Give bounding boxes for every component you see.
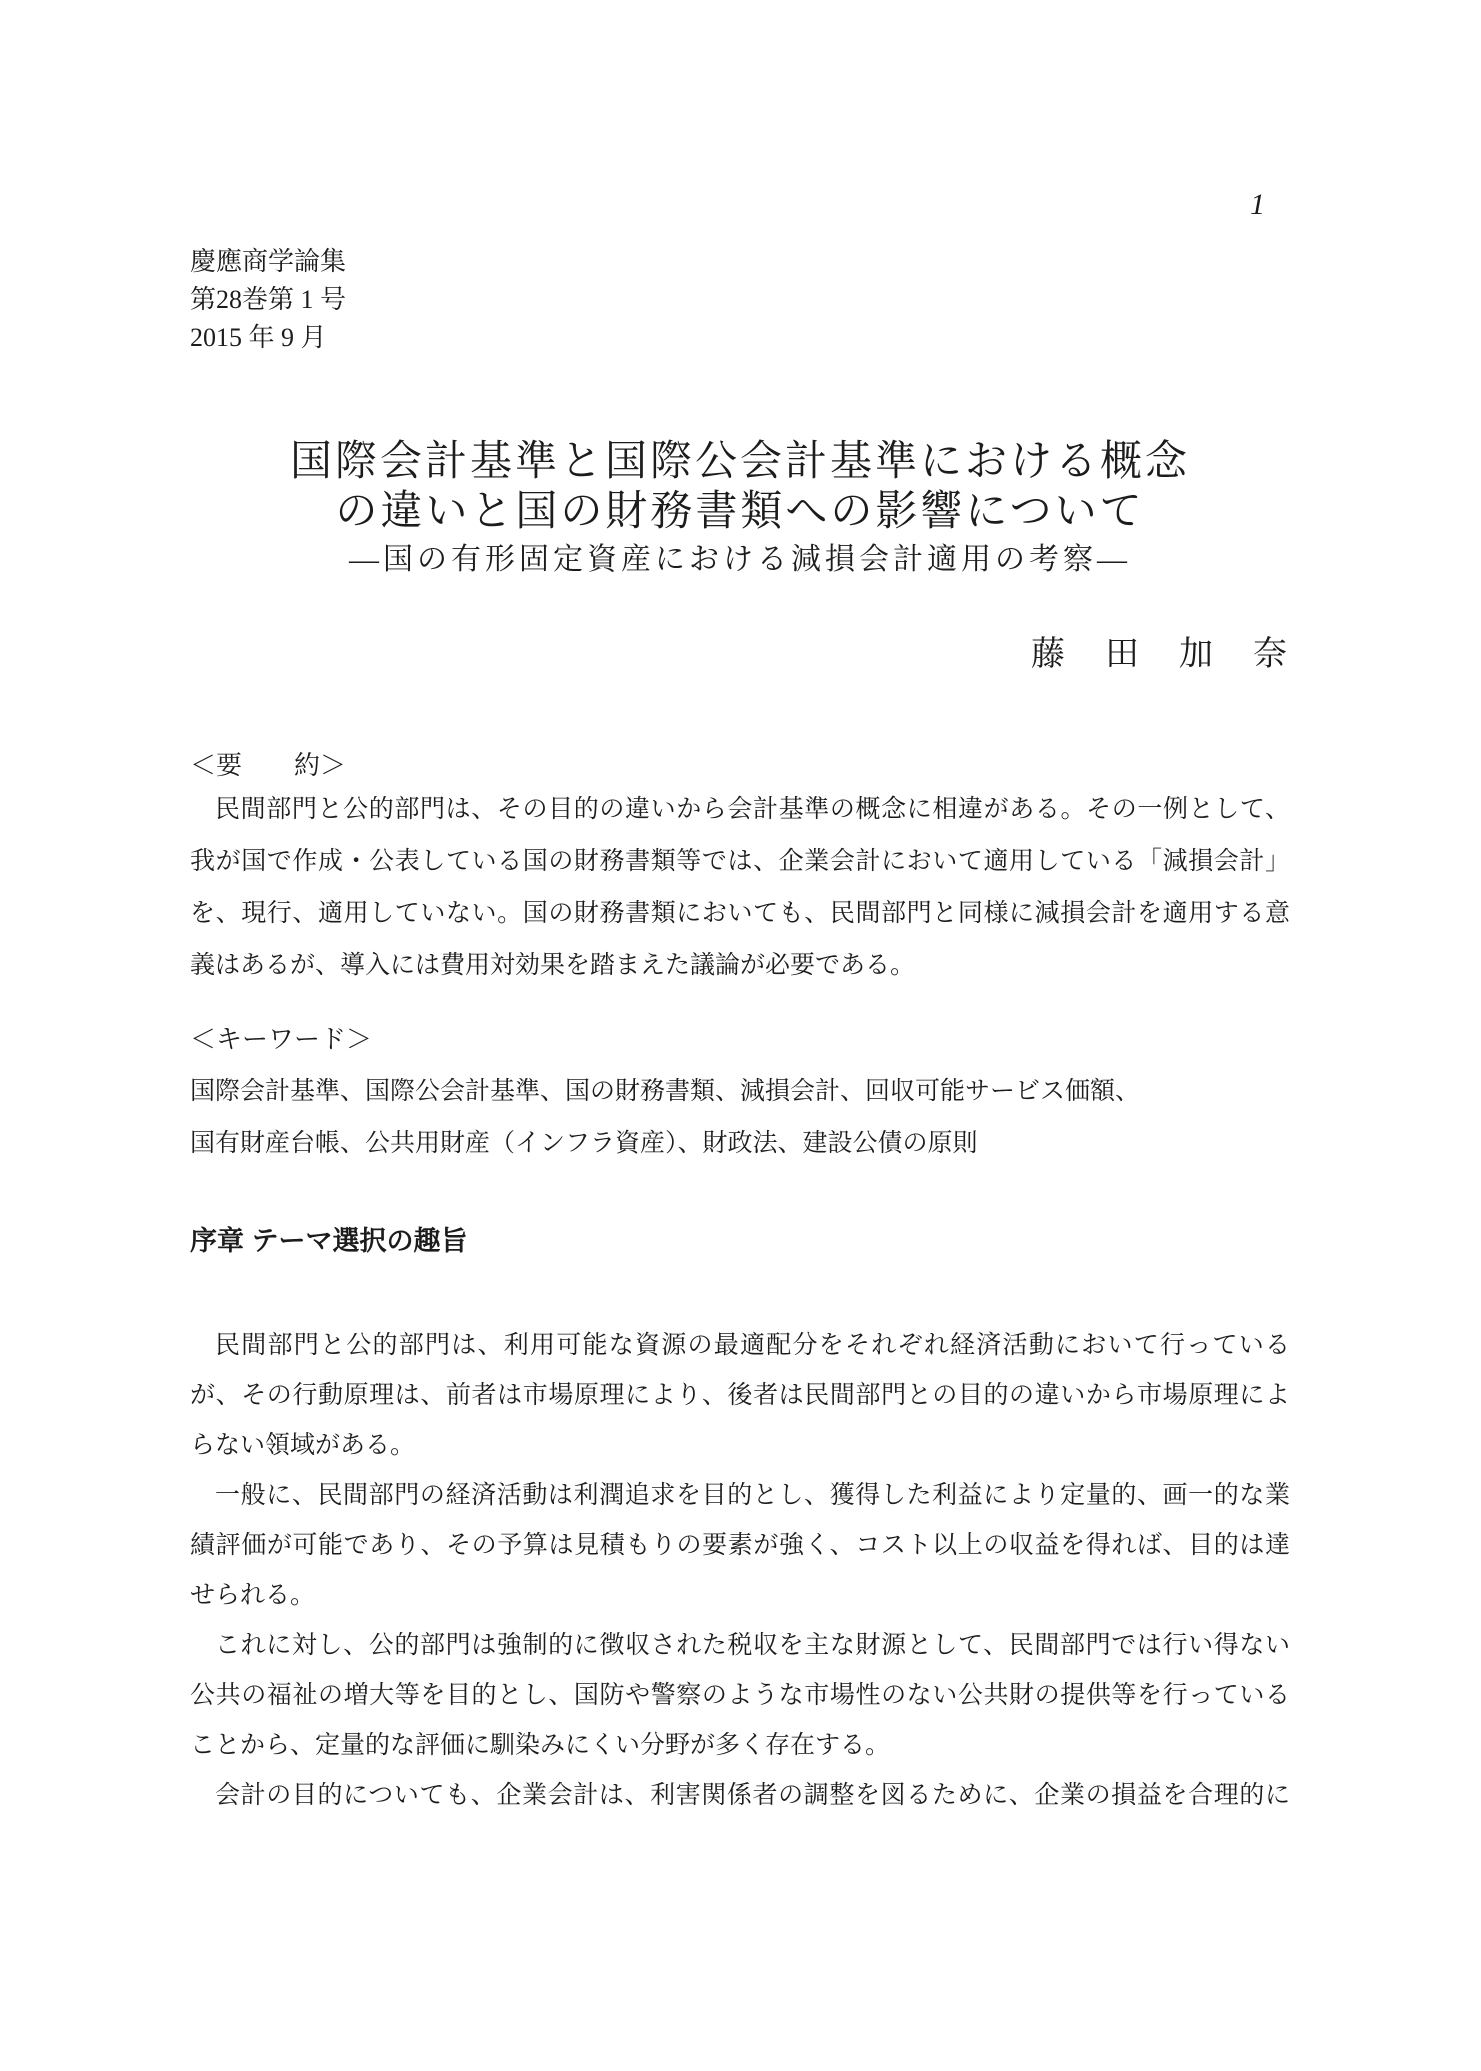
body-paragraph: 会計の目的についても、企業会計は、利害関係者の調整を図るために、企業の損益を合理…	[190, 1771, 1290, 1821]
title-subtitle: ―国の有形固定資産における減損会計適用の考察―	[190, 537, 1290, 583]
keyword-line: 国際会計基準、国際公会計基準、国の財務書類、減損会計、回収可能サービス価額、	[190, 1066, 1290, 1118]
body-line: せられる。	[190, 1571, 1290, 1621]
document-page: 1 慶應商学論集 第28巻第 1 号 2015 年 9 月 国際会計基準と国際公…	[0, 0, 1481, 2071]
keyword-line: 国有財産台帳、公共用財産（インフラ資産）、財政法、建設公債の原則	[190, 1118, 1290, 1170]
journal-volume: 第28巻第 1 号	[190, 281, 346, 319]
body-line: 公共の福祉の増大等を目的とし、国防や警察のような市場性のない公共財の提供等を行っ…	[190, 1671, 1290, 1721]
abstract-heading: ＜要 約＞	[190, 746, 346, 786]
body-line: が、その行動原理は、前者は市場原理により、後者は民間部門との目的の違いから市場原…	[190, 1371, 1290, 1421]
section-heading: 序章 テーマ選択の趣旨	[190, 1222, 468, 1260]
author-name: 藤 田 加 奈	[190, 635, 1290, 675]
journal-name: 慶應商学論集	[190, 243, 346, 281]
keywords-section: 国際会計基準、国際公会計基準、国の財務書類、減損会計、回収可能サービス価額、 国…	[190, 1066, 1290, 1170]
page-number: 1	[1250, 188, 1265, 222]
body-line: 績評価が可能であり、その予算は見積もりの要素が強く、コスト以上の収益を得れば、目…	[190, 1521, 1290, 1571]
title-line-2: の違いと国の財務書類への影響について	[190, 487, 1290, 537]
journal-date: 2015 年 9 月	[190, 319, 346, 357]
abstract-line: 義はあるが、導入には費用対効果を踏まえた議論が必要である。	[190, 940, 1290, 992]
abstract-line: 民間部門と公的部門は、その目的の違いから会計基準の概念に相違がある。その一例とし…	[190, 784, 1290, 836]
title-line-1: 国際会計基準と国際公会計基準における概念	[190, 437, 1290, 487]
body-line: ことから、定量的な評価に馴染みにくい分野が多く存在する。	[190, 1721, 1290, 1771]
body-line: 会計の目的についても、企業会計は、利害関係者の調整を図るために、企業の損益を合理…	[190, 1771, 1290, 1821]
body-line: これに対し、公的部門は強制的に徴収された税収を主な財源として、民間部門では行い得…	[190, 1621, 1290, 1671]
abstract-line: を、現行、適用していない。国の財務書類においても、民間部門と同様に減損会計を適用…	[190, 888, 1290, 940]
abstract-section: 民間部門と公的部門は、その目的の違いから会計基準の概念に相違がある。その一例とし…	[190, 784, 1290, 992]
body-paragraph: これに対し、公的部門は強制的に徴収された税収を主な財源として、民間部門では行い得…	[190, 1621, 1290, 1771]
body-line: らない領域がある。	[190, 1421, 1290, 1471]
abstract-line: 我が国で作成・公表している国の財務書類等では、企業会計において適用している「減損…	[190, 836, 1290, 888]
body-line: 一般に、民間部門の経済活動は利潤追求を目的とし、獲得した利益により定量的、画一的…	[190, 1471, 1290, 1521]
body-text: 民間部門と公的部門は、利用可能な資源の最適配分をそれぞれ経済活動において行ってい…	[190, 1321, 1290, 1821]
body-paragraph: 民間部門と公的部門は、利用可能な資源の最適配分をそれぞれ経済活動において行ってい…	[190, 1321, 1290, 1471]
body-paragraph: 一般に、民間部門の経済活動は利潤追求を目的とし、獲得した利益により定量的、画一的…	[190, 1471, 1290, 1621]
keywords-heading: ＜キーワード＞	[190, 1020, 372, 1060]
journal-header: 慶應商学論集 第28巻第 1 号 2015 年 9 月	[190, 243, 346, 357]
article-title: 国際会計基準と国際公会計基準における概念 の違いと国の財務書類への影響について …	[190, 437, 1290, 583]
body-line: 民間部門と公的部門は、利用可能な資源の最適配分をそれぞれ経済活動において行ってい…	[190, 1321, 1290, 1371]
